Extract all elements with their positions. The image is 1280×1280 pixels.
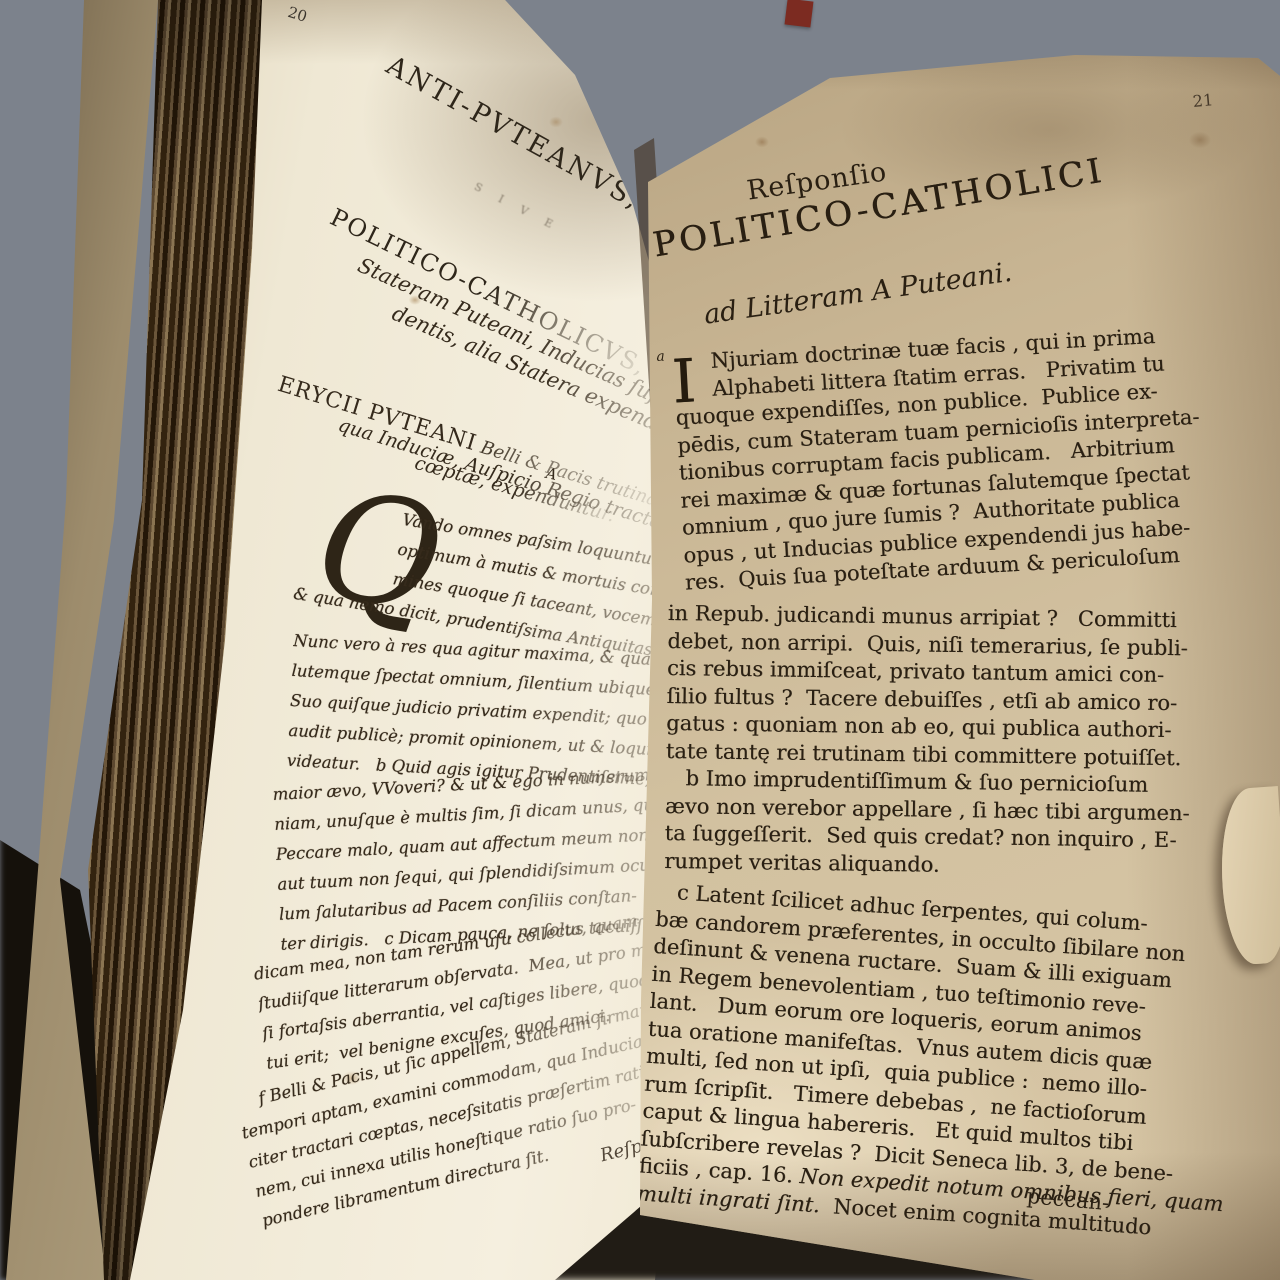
left-title-sive: S I V E bbox=[472, 180, 562, 234]
left-page-number: 20 bbox=[286, 3, 310, 26]
right-body-group2: in Repub. judicandi munus arripiat ? Com… bbox=[664, 600, 1188, 882]
red-tag bbox=[785, 0, 814, 27]
right-body-group1: Njuriam doctrinæ tuæ facis , qui in prim… bbox=[672, 321, 1205, 597]
right-subtitle: ad Litteram A Puteani. bbox=[702, 257, 1014, 331]
right-margin-note: a bbox=[656, 349, 665, 365]
right-page-number: 21 bbox=[1192, 90, 1214, 111]
right-body-group3: c Latent ſcilicet adhuc ſerpentes, qui c… bbox=[636, 878, 1187, 1242]
antique-book-photo: 20 ANTI-PVTEANVS, S I V E POLITICO-CATHO… bbox=[0, 0, 1280, 1280]
